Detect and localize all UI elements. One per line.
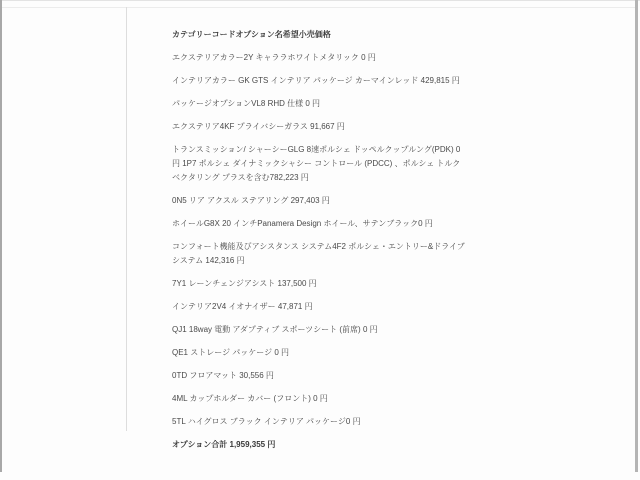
option-line: エクステリアカラー2Y キャララホワイトメタリック 0 円: [172, 51, 465, 65]
option-line: QJ1 18way 電動 アダプティブ スポーツシート (前席) 0 円: [172, 323, 465, 337]
option-line: パッケージオプションVL8 RHD 仕様 0 円: [172, 97, 465, 111]
option-items: エクステリアカラー2Y キャララホワイトメタリック 0 円インテリアカラー GK…: [172, 51, 465, 429]
option-line: インテリア2V4 イオナイザー 47,871 円: [172, 300, 465, 314]
option-line: 4ML カップホルダー カバー (フロント) 0 円: [172, 392, 465, 406]
option-line: コンフォート機能及びアシスタンス システム4F2 ポルシェ・エントリー&ドライブ…: [172, 240, 465, 268]
list-header: カテゴリーコードオプション名希望小売価格: [172, 28, 465, 42]
top-divider-line: [2, 7, 635, 8]
left-edge-border: [0, 0, 2, 472]
option-line: エクステリア4KF プライバシーガラス 91,667 円: [172, 120, 465, 134]
option-line: ホイールG8X 20 インチPanamera Design ホイール、サテンブラ…: [172, 217, 465, 231]
option-line: 0TD フロアマット 30,556 円: [172, 369, 465, 383]
options-list: カテゴリーコードオプション名希望小売価格 エクステリアカラー2Y キャララホワイ…: [172, 28, 465, 461]
left-column-divider: [126, 7, 127, 431]
page: カテゴリーコードオプション名希望小売価格 エクステリアカラー2Y キャララホワイ…: [0, 0, 640, 480]
option-line: 0N5 リア アクスル ステアリング 297,403 円: [172, 194, 465, 208]
right-edge-border: [635, 0, 638, 472]
option-line: トランスミッション/ シャーシーGLG 8速ポルシェ ドッペルクップルング(PD…: [172, 143, 465, 185]
option-line: QE1 ストレージ パッケージ 0 円: [172, 346, 465, 360]
option-line: 7Y1 レーンチェンジアシスト 137,500 円: [172, 277, 465, 291]
options-total: オプション合計 1,959,355 円: [172, 438, 465, 452]
option-line: 5TL ハイグロス ブラック インテリア パッケージ0 円: [172, 415, 465, 429]
top-edge-border: [0, 0, 640, 1]
option-line: インテリアカラー GK GTS インテリア パッケージ カーマインレッド 429…: [172, 74, 465, 88]
